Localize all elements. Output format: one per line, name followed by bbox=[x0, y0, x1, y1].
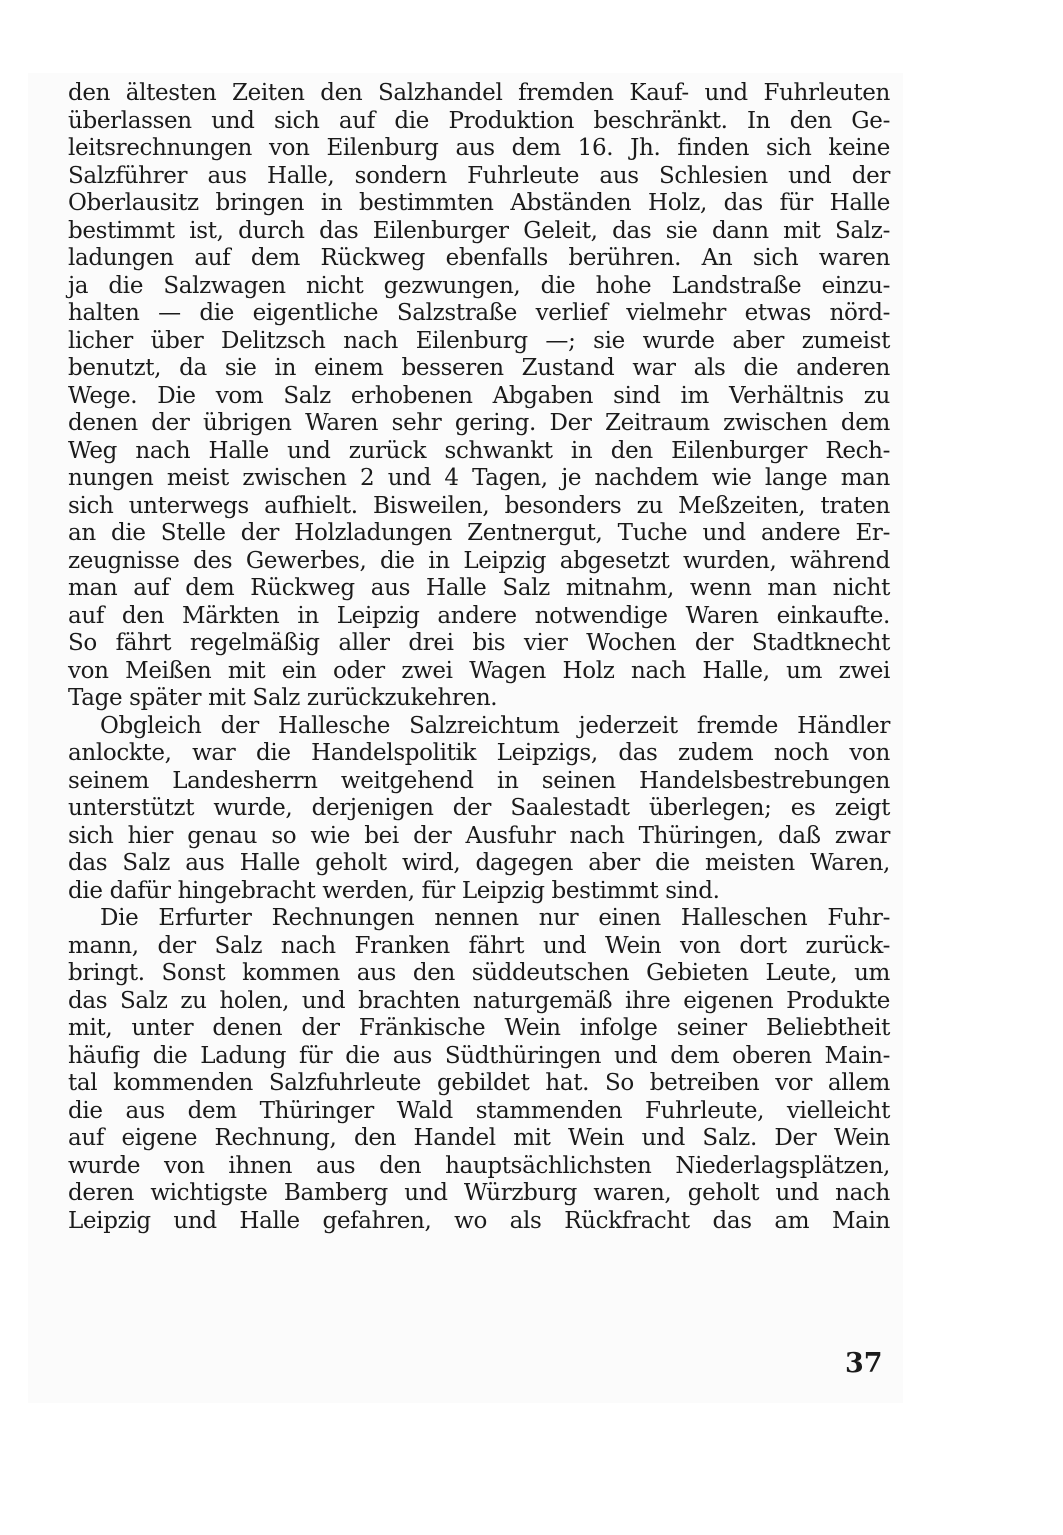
text-line: leitsrechnungen von Eilenburg aus dem 16… bbox=[68, 135, 890, 163]
text-line: Oberlausitz bringen in bestimmten Abstän… bbox=[68, 190, 890, 218]
paragraph-2: Obgleich der Hallesche Salzreichtum jede… bbox=[68, 713, 890, 906]
text-line: das Salz aus Halle geholt wird, dagegen … bbox=[68, 850, 890, 878]
text-line: zeugnisse des Gewerbes, die in Leipzig a… bbox=[68, 548, 890, 576]
text-line: auf den Märkten in Leipzig andere notwen… bbox=[68, 603, 890, 631]
text-line: mit, unter denen der Fränkische Wein inf… bbox=[68, 1015, 890, 1043]
text-line: Tage später mit Salz zurückzukehren. bbox=[68, 685, 890, 713]
text-line: von Meißen mit ein oder zwei Wagen Holz … bbox=[68, 658, 890, 686]
text-line: Leipzig und Halle gefahren, wo als Rückf… bbox=[68, 1208, 890, 1236]
text-line: Weg nach Halle und zurück schwankt in de… bbox=[68, 438, 890, 466]
text-line: halten — die eigentliche Salzstraße verl… bbox=[68, 300, 890, 328]
text-line: bringt. Sonst kommen aus den süddeutsche… bbox=[68, 960, 890, 988]
text-line: nungen meist zwischen 2 und 4 Tagen, je … bbox=[68, 465, 890, 493]
text-line: seinem Landesherrn weitgehend in seinen … bbox=[68, 768, 890, 796]
text-line: ladungen auf dem Rückweg ebenfalls berüh… bbox=[68, 245, 890, 273]
text-line: überlassen und sich auf die Produktion b… bbox=[68, 108, 890, 136]
text-line: denen der übrigen Waren sehr gering. Der… bbox=[68, 410, 890, 438]
text-line: Wege. Die vom Salz erhobenen Abgaben sin… bbox=[68, 383, 890, 411]
text-line: Die Erfurter Rechnungen nennen nur einen… bbox=[68, 905, 890, 933]
text-line: anlockte, war die Handelspolitik Leipzig… bbox=[68, 740, 890, 768]
text-line: sich unterwegs aufhielt. Bisweilen, beso… bbox=[68, 493, 890, 521]
text-line: auf eigene Rechnung, den Handel mit Wein… bbox=[68, 1125, 890, 1153]
text-line: benutzt, da sie in einem besseren Zustan… bbox=[68, 355, 890, 383]
text-line: bestimmt ist, durch das Eilenburger Gele… bbox=[68, 218, 890, 246]
text-line: licher über Delitzsch nach Eilenburg —; … bbox=[68, 328, 890, 356]
text-line: die aus dem Thüringer Wald stammenden Fu… bbox=[68, 1098, 890, 1126]
text-line: sich hier genau so wie bei der Ausfuhr n… bbox=[68, 823, 890, 851]
text-line: an die Stelle der Holzladungen Zentnergu… bbox=[68, 520, 890, 548]
text-line: wurde von ihnen aus den hauptsächlichste… bbox=[68, 1153, 890, 1181]
text-line: Salzführer aus Halle, sondern Fuhrleute … bbox=[68, 163, 890, 191]
text-line: man auf dem Rückweg aus Halle Salz mitna… bbox=[68, 575, 890, 603]
text-line: häufig die Ladung für die aus Südthüring… bbox=[68, 1043, 890, 1071]
text-line: tal kommenden Salzfuhrleute gebildet hat… bbox=[68, 1070, 890, 1098]
text-line: deren wichtigste Bamberg und Würzburg wa… bbox=[68, 1180, 890, 1208]
text-line: So fährt regelmäßig aller drei bis vier … bbox=[68, 630, 890, 658]
paragraph-3: Die Erfurter Rechnungen nennen nur einen… bbox=[68, 905, 890, 1235]
text-line: ja die Salzwagen nicht gezwungen, die ho… bbox=[68, 273, 890, 301]
text-line: den ältesten Zeiten den Salzhandel fremd… bbox=[68, 80, 890, 108]
page-number: 37 bbox=[845, 1348, 883, 1379]
text-line: Obgleich der Hallesche Salzreichtum jede… bbox=[68, 713, 890, 741]
paragraph-1: den ältesten Zeiten den Salzhandel fremd… bbox=[68, 80, 890, 713]
text-line: das Salz zu holen, und brachten naturgem… bbox=[68, 988, 890, 1016]
text-line: die dafür hingebracht werden, für Leipzi… bbox=[68, 878, 890, 906]
text-line: unterstützt wurde, derjenigen der Saales… bbox=[68, 795, 890, 823]
page-body-text: den ältesten Zeiten den Salzhandel fremd… bbox=[68, 80, 890, 1235]
text-line: mann, der Salz nach Franken fährt und We… bbox=[68, 933, 890, 961]
